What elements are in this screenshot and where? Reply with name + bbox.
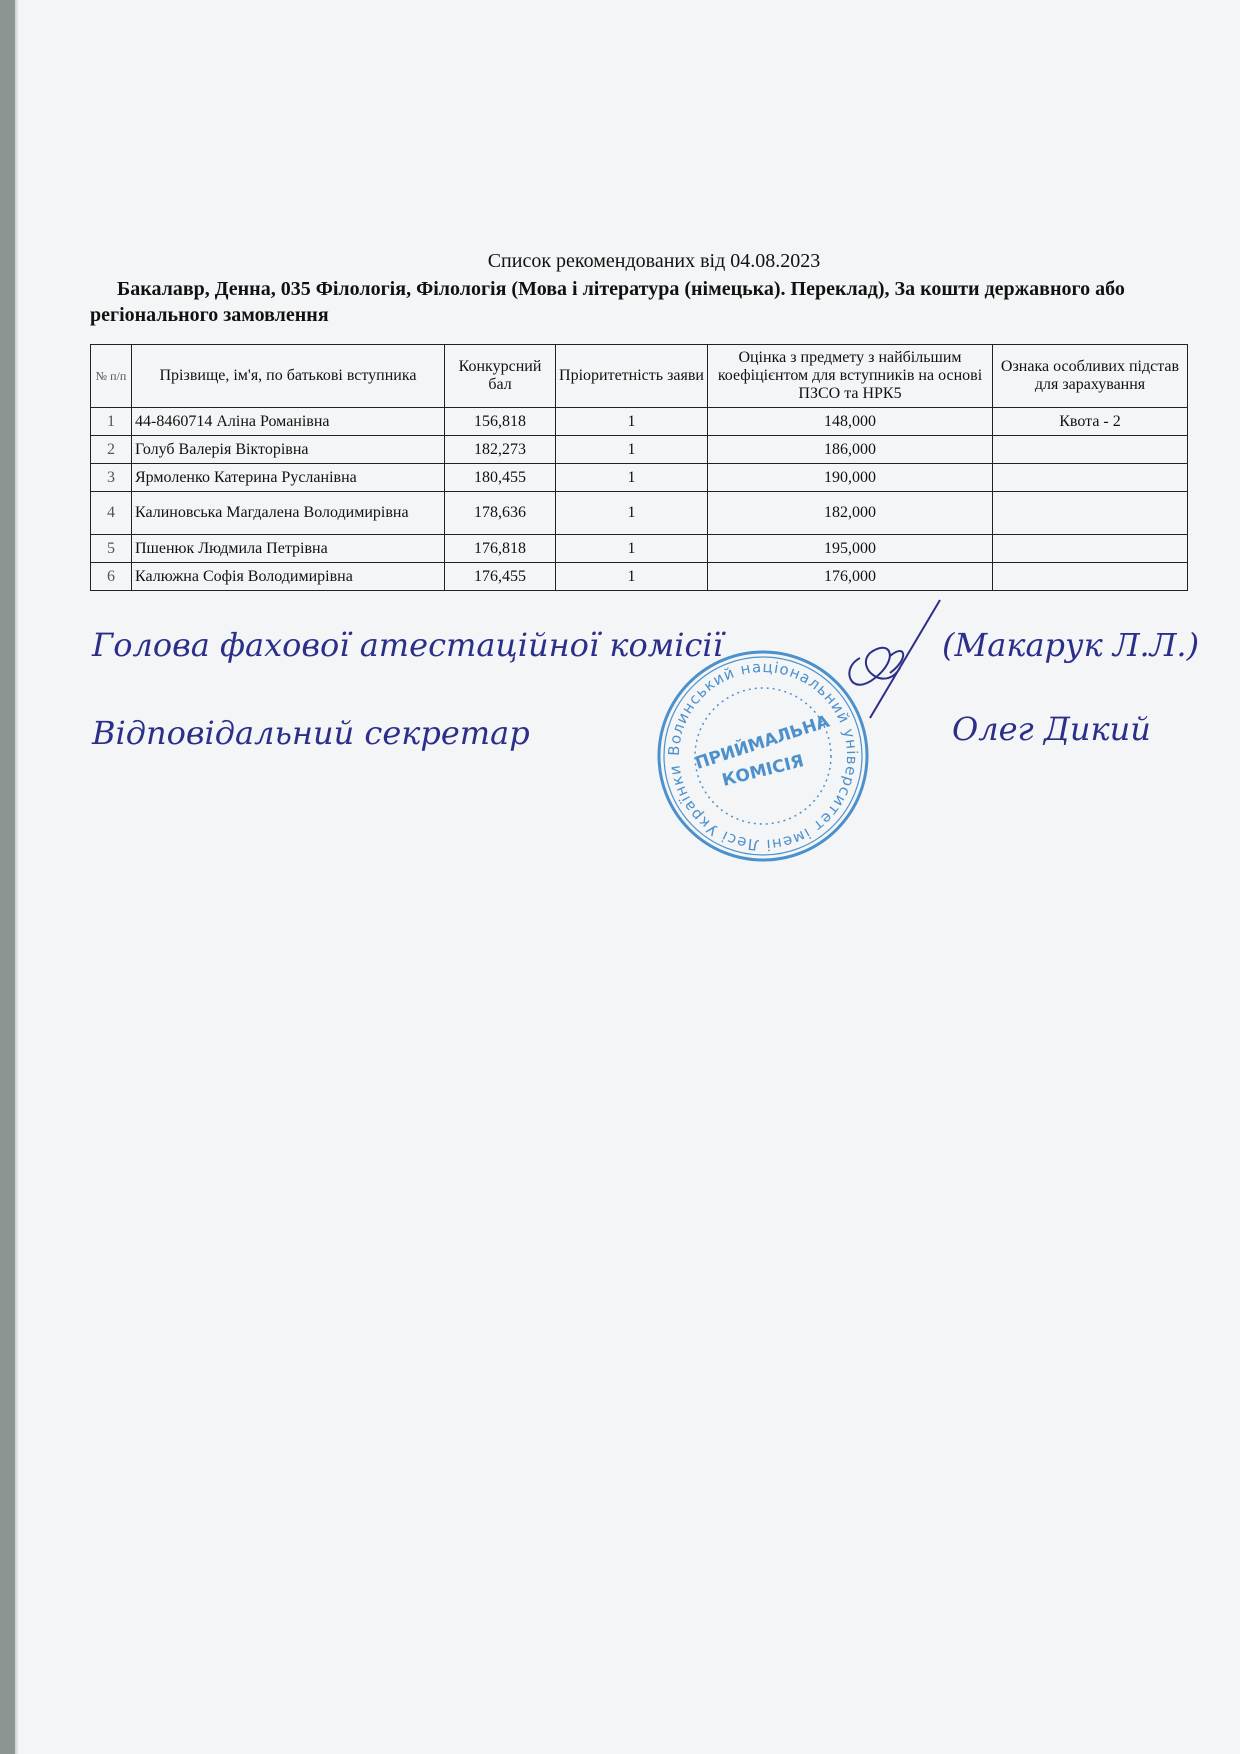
cell-name: Калюжна Софія Володимирівна [132,563,445,591]
cell-num: 2 [91,436,132,464]
cell-score: 180,455 [445,464,556,492]
cell-priority: 1 [556,563,708,591]
header-num: № п/п [91,345,132,408]
header-subject-score: Оцінка з предмету з найбільшим коефіцієн… [708,345,993,408]
table-row: 6Калюжна Софія Володимирівна176,4551176,… [91,563,1188,591]
cell-name: Пшенюк Людмила Петрівна [132,535,445,563]
header-score: Конкурсний бал [445,345,556,408]
cell-num: 6 [91,563,132,591]
cell-score: 156,818 [445,408,556,436]
table-row: 2Голуб Валерія Вікторівна182,2731186,000 [91,436,1188,464]
chair-label: Голова фахової атестаційної комісії [92,626,723,664]
chair-signature-icon [830,598,950,728]
chair-name: (Макарук Л.Л.) [942,626,1199,664]
cell-subject-score: 195,000 [708,535,993,563]
cell-num: 1 [91,408,132,436]
cell-num: 5 [91,535,132,563]
header-name: Прізвище, ім'я, по батькові вступника [132,345,445,408]
cell-subject-score: 182,000 [708,492,993,535]
document-subtitle: Бакалавр, Денна, 035 Філологія, Філологі… [90,276,1140,328]
cell-subject-score: 186,000 [708,436,993,464]
cell-priority: 1 [556,464,708,492]
cell-name: Калиновська Магдалена Володимирівна [132,492,445,535]
cell-basis [993,492,1188,535]
cell-subject-score: 190,000 [708,464,993,492]
header-priority: Пріоритетність заяви [556,345,708,408]
cell-score: 178,636 [445,492,556,535]
cell-basis [993,436,1188,464]
cell-priority: 1 [556,492,708,535]
cell-name: Ярмоленко Катерина Русланівна [132,464,445,492]
table-row: 4Калиновська Магдалена Володимирівна178,… [91,492,1188,535]
cell-num: 4 [91,492,132,535]
cell-basis: Квота - 2 [993,408,1188,436]
cell-name: Голуб Валерія Вікторівна [132,436,445,464]
header-basis: Ознака особливих підстав для зарахування [993,345,1188,408]
cell-score: 176,818 [445,535,556,563]
recommended-list-table: № п/п Прізвище, ім'я, по батькові вступн… [90,344,1188,591]
cell-num: 3 [91,464,132,492]
table-row: 144-8460714 Аліна Романівна156,8181148,0… [91,408,1188,436]
document-title: Список рекомендованих від 04.08.2023 [0,250,1240,273]
cell-basis [993,563,1188,591]
cell-priority: 1 [556,408,708,436]
table-header-row: № п/п Прізвище, ім'я, по батькові вступн… [91,345,1188,408]
cell-score: 182,273 [445,436,556,464]
secretary-name: Олег Дикий [952,710,1151,748]
secretary-label: Відповідальний секретар [92,714,530,752]
cell-priority: 1 [556,535,708,563]
cell-subject-score: 148,000 [708,408,993,436]
cell-subject-score: 176,000 [708,563,993,591]
table-row: 5Пшенюк Людмила Петрівна176,8181195,000 [91,535,1188,563]
cell-priority: 1 [556,436,708,464]
table-row: 3Ярмоленко Катерина Русланівна180,455119… [91,464,1188,492]
cell-score: 176,455 [445,563,556,591]
cell-name: 44-8460714 Аліна Романівна [132,408,445,436]
cell-basis [993,535,1188,563]
cell-basis [993,464,1188,492]
